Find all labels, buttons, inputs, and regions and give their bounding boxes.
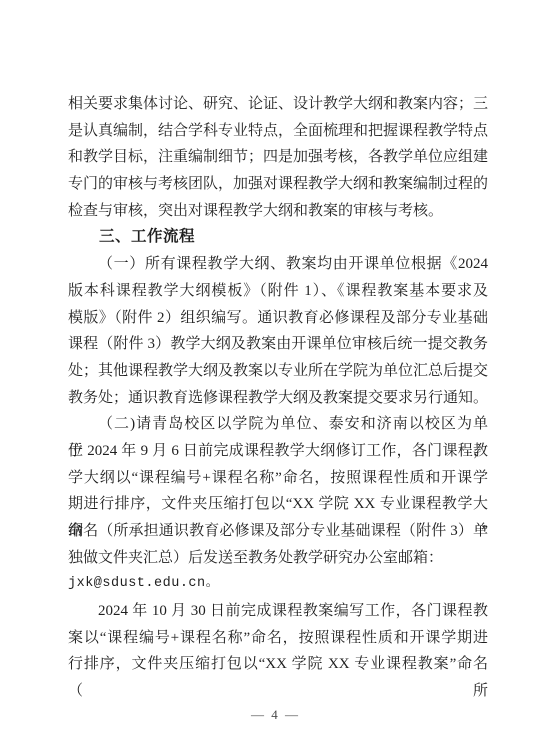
body-line: （二)请青岛校区以学院为单位、泰安和济南以校区为单位， [68,411,488,438]
body-line: 处；其他课程教学大纲及教案以专业所在学院为单位汇总后提交 [68,358,488,385]
page-number: — 4 — [0,707,551,723]
body-line: 独做文件夹汇总）后发送至教务处教学研究办公室邮箱： [68,545,488,572]
body-line: 教务处；通识教育选修课程教学大纲及教案提交要求另行通知。 [68,385,488,412]
body-line: 课程（附件 3）教学大纲及教案由开课单位审核后统一提交教务 [68,331,488,358]
body-line: 期进行排序，文件夹压缩打包以“XX 学院 XX 专业课程教学大纲” [68,491,488,518]
body-line: 相关要求集体讨论、研究、论证、设计教学大纲和教案内容；三 [68,91,488,118]
body-line: 和教学目标，注重编制细节；四是加强考核，各教学单位应组建 [68,144,488,171]
body-line: 2024 年 10 月 30 日前完成课程教案编写工作，各门课程教 [68,598,488,625]
body-line: 命名（所承担通识教育必修课及部分专业基础课程（附件 3）单 [68,518,488,545]
body-line: 版本科课程教学大纲模板》（附件 1）、《课程教案基本要求及 [68,278,488,305]
body-line: 学大纲以“课程编号+课程名称”命名，按照课程性质和开课学 [68,465,488,492]
section-heading: 三、工作流程 [68,224,488,251]
document-page: 相关要求集体讨论、研究、论证、设计教学大纲和教案内容；三 是认真编制，结合学科专… [0,0,551,735]
body-line: 模版》（附件 2）组织编写。通识教育必修课程及部分专业基础 [68,305,488,332]
body-line: 案以“课程编号+课程名称”命名，按照课程性质和开课学期进 [68,625,488,652]
body-line: （一）所有课程教学大纲、教案均由开课单位根据《2024 [68,251,488,278]
body-line: 于 2024 年 9 月 6 日前完成课程教学大纲修订工作，各门课程教 [68,438,488,465]
body-line: 行排序，文件夹压缩打包以“XX 学院 XX 专业课程教案”命名（所 [68,651,488,678]
body-line: 是认真编制，结合学科专业特点，全面梳理和把握课程教学特点 [68,118,488,145]
body-line: 检查与审核，突出对课程教学大纲和教案的审核与考核。 [68,198,488,225]
body-line: 专门的审核与考核团队，加强对课程教学大纲和教案编制过程的 [68,171,488,198]
email-line: jxk@sdust.edu.cn。 [68,571,488,598]
document-body: 相关要求集体讨论、研究、论证、设计教学大纲和教案内容；三 是认真编制，结合学科专… [68,91,488,678]
